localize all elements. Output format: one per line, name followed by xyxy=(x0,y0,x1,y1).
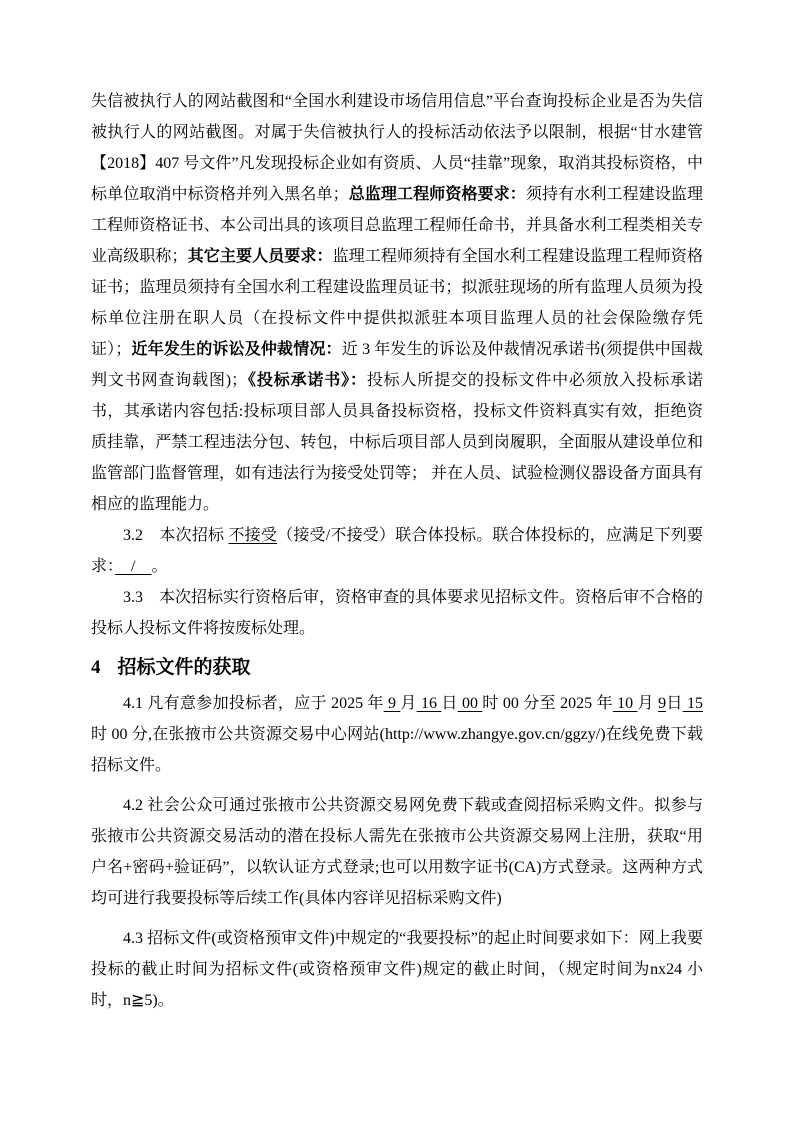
text-segment: 3.3 本次招标实行资格后审，资格审查的具体要求见招标文件。资格后审不合格的投标… xyxy=(91,589,703,637)
litigation-arbitration-label: 近年发生的诉讼及仲裁情况： xyxy=(131,341,341,358)
consortium-acceptance-value: 不接受 xyxy=(228,527,277,544)
text-segment: 月 xyxy=(400,695,416,712)
clause-4-3-bid-intent-deadline: 4.3 招标文件(或资格预审文件)中规定的“我要投标”的起止时间要求如下：网上我… xyxy=(91,923,703,1016)
clause-4-1-download-period: 4.1 凡有意参加投标者，应于 2025 年 9 月 16 日 00 时 00 … xyxy=(91,688,703,781)
text-segment: 4.3 招标文件(或资格预审文件)中规定的“我要投标”的起止时间要求如下：网上我… xyxy=(91,930,703,1009)
section-4-heading: 4招标文件的获取 xyxy=(91,654,703,682)
document-page: 失信被执行人的网站截图和“全国水利建设市场信用信息”平台查询投标企业是否为失信被… xyxy=(0,0,793,1122)
download-end-day-value: 9 xyxy=(658,695,666,712)
download-start-hour-value: 00 xyxy=(458,695,483,712)
section-4-number: 4 xyxy=(91,654,101,682)
text-segment: 时 00 分,在张掖市公共资源交易中心网站(http://www.zhangye… xyxy=(91,726,703,774)
consortium-requirement-blank: / xyxy=(115,558,151,575)
download-end-month-value: 10 xyxy=(613,695,638,712)
text-segment: 日 xyxy=(666,695,683,712)
download-start-day-value: 16 xyxy=(417,695,442,712)
other-key-staff-label: 其它主要人员要求： xyxy=(188,248,333,265)
section-4-title: 招标文件的获取 xyxy=(118,657,251,678)
text-segment: 3.2 本次招标 xyxy=(123,527,228,544)
text-segment: 4.1 凡有意参加投标者，应于 2025 年 xyxy=(123,695,384,712)
text-segment: 日 xyxy=(441,695,457,712)
text-segment: 4.2 社会公众可通过张掖市公共资源交易网免费下载或查阅招标采购文件。拟参与张掖… xyxy=(91,797,703,907)
paragraph-qualification-requirements: 失信被执行人的网站截图和“全国水利建设市场信用信息”平台查询投标企业是否为失信被… xyxy=(91,86,703,520)
bid-commitment-letter-label: 《投标承诺书》： xyxy=(247,372,367,389)
clause-3-2-consortium-bidding: 3.2 本次招标 不接受（接受/不接受）联合体投标。联合体投标的，应满足下列要求… xyxy=(91,520,703,582)
download-start-month-value: 9 xyxy=(384,695,401,712)
text-segment: 。 xyxy=(151,558,167,575)
chief-supervisor-qualification-label: 总监理工程师资格要求： xyxy=(349,186,526,203)
text-segment: 投标人所提交的投标文件中必须放入投标承诺书，其承诺内容包括:投标项目部人员具备投… xyxy=(91,372,703,513)
clause-4-2-public-access-registration: 4.2 社会公众可通过张掖市公共资源交易网免费下载或查阅招标采购文件。拟参与张掖… xyxy=(91,790,703,914)
text-segment: 时 00 分至 2025 年 xyxy=(482,695,613,712)
download-end-hour-value: 15 xyxy=(683,695,703,712)
clause-3-3-post-qualification-review: 3.3 本次招标实行资格后审，资格审查的具体要求见招标文件。资格后审不合格的投标… xyxy=(91,582,703,644)
text-segment: 月 xyxy=(637,695,658,712)
